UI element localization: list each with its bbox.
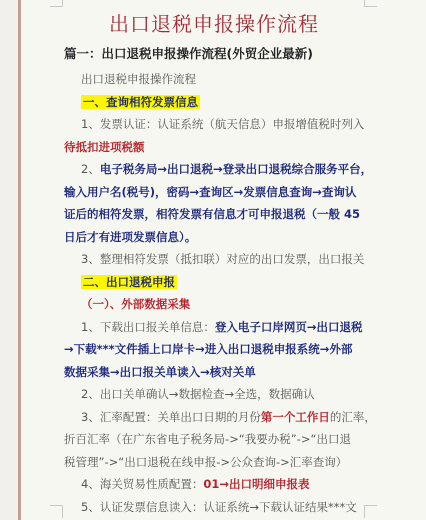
- section1-item2-line4: 日后才有进项发票信息）。: [64, 226, 364, 249]
- section2-item1-line2: →下载***文件插上口岸卡→进入出口退税申报系统→外部: [64, 338, 364, 361]
- crop-mark-top-left: [50, 0, 63, 7]
- section2-item3-line2: 折百汇率（在广东省电子税务局->“我要办税”->“出口退: [64, 428, 364, 451]
- left-margin: [0, 0, 18, 520]
- section2-item1-label: 1、下载出口报关单信息：: [81, 320, 215, 334]
- section2-item4: 4、海关贸易性质配置：01→出口明细申报表: [64, 473, 364, 496]
- section2-item1-line1: 1、下载出口报关单信息：登入电子口岸网页→出口退税: [64, 316, 364, 339]
- section2-item3-highlight: 第一个工作日: [261, 410, 330, 424]
- document-title: 出口退税申报操作流程: [64, 12, 364, 36]
- section1-item1: 1、发票认证：认证系统（航天信息）申报增值税时列入: [64, 113, 364, 136]
- section1-item2-text: 电子税务局→出口退税→登录出口退税综合服务平台，: [100, 162, 372, 176]
- section1-item1-highlight: 待抵扣进项税额: [64, 136, 364, 159]
- section1-item2-line2: 输入用户名(税号)，密码→查询区→发票信息查询→查询认: [64, 181, 364, 204]
- document-page: 出口退税申报操作流程 篇一：出口退税申报操作流程(外贸企业最新) 出口退税申报操…: [64, 8, 364, 518]
- section1-item3: 3、整理相符发票（抵扣联）对应的出口发票，出口报关: [64, 248, 364, 271]
- section2-item3-line1: 3、汇率配置：关单出口日期的月份第一个工作日的汇率，: [64, 406, 364, 429]
- crop-mark-top-right: [364, 0, 377, 7]
- section2-item1-text: 登入电子口岸网页→出口退税: [215, 320, 363, 334]
- section2-heading-text: 二、出口退税申报: [81, 275, 177, 289]
- intro-text: 出口退税申报操作流程: [64, 68, 364, 91]
- document-subtitle: 篇一：出口退税申报操作流程(外贸企业最新): [64, 44, 364, 64]
- section1-item2-line1: 2、电子税务局→出口退税→登录出口退税综合服务平台，: [64, 158, 364, 181]
- section2-item3-prefix: 3、汇率配置：关单出口日期的月份: [81, 410, 261, 424]
- section2-item2: 2、出口关单确认→数据检查→全选，数据确认: [64, 383, 364, 406]
- crop-mark-bottom-right: [364, 505, 377, 518]
- section2-item1-line3: 数据采集→出口报关单读入→核对关单: [64, 361, 364, 384]
- section2-item3-suffix: 的汇率，: [330, 410, 376, 424]
- section1-heading-text: 一、查询相符发票信息: [81, 95, 200, 109]
- page-left-border: [18, 0, 21, 520]
- section2-heading: 二、出口退税申报: [64, 271, 364, 294]
- crop-mark-bottom-left: [50, 505, 63, 518]
- section1-heading: 一、查询相符发票信息: [64, 91, 364, 114]
- section2-item5: 5、认证发票信息读入：认证系统→下载认证结果***文: [64, 496, 364, 519]
- section2-subheading: （一）、外部数据采集: [64, 293, 364, 316]
- section2-item3-line3: 税管理”->“出口退税在线申报->公众查询->汇率查询）: [64, 451, 364, 474]
- section2-item4-prefix: 4、海关贸易性质配置：: [81, 477, 203, 491]
- section2-item4-highlight: 01→出口明细申报表: [203, 477, 309, 491]
- section1-item2-number: 2、: [81, 162, 100, 176]
- section1-item2-line3: 证后的相符发票，相符发票有信息才可申报退税（一般 45: [64, 203, 364, 226]
